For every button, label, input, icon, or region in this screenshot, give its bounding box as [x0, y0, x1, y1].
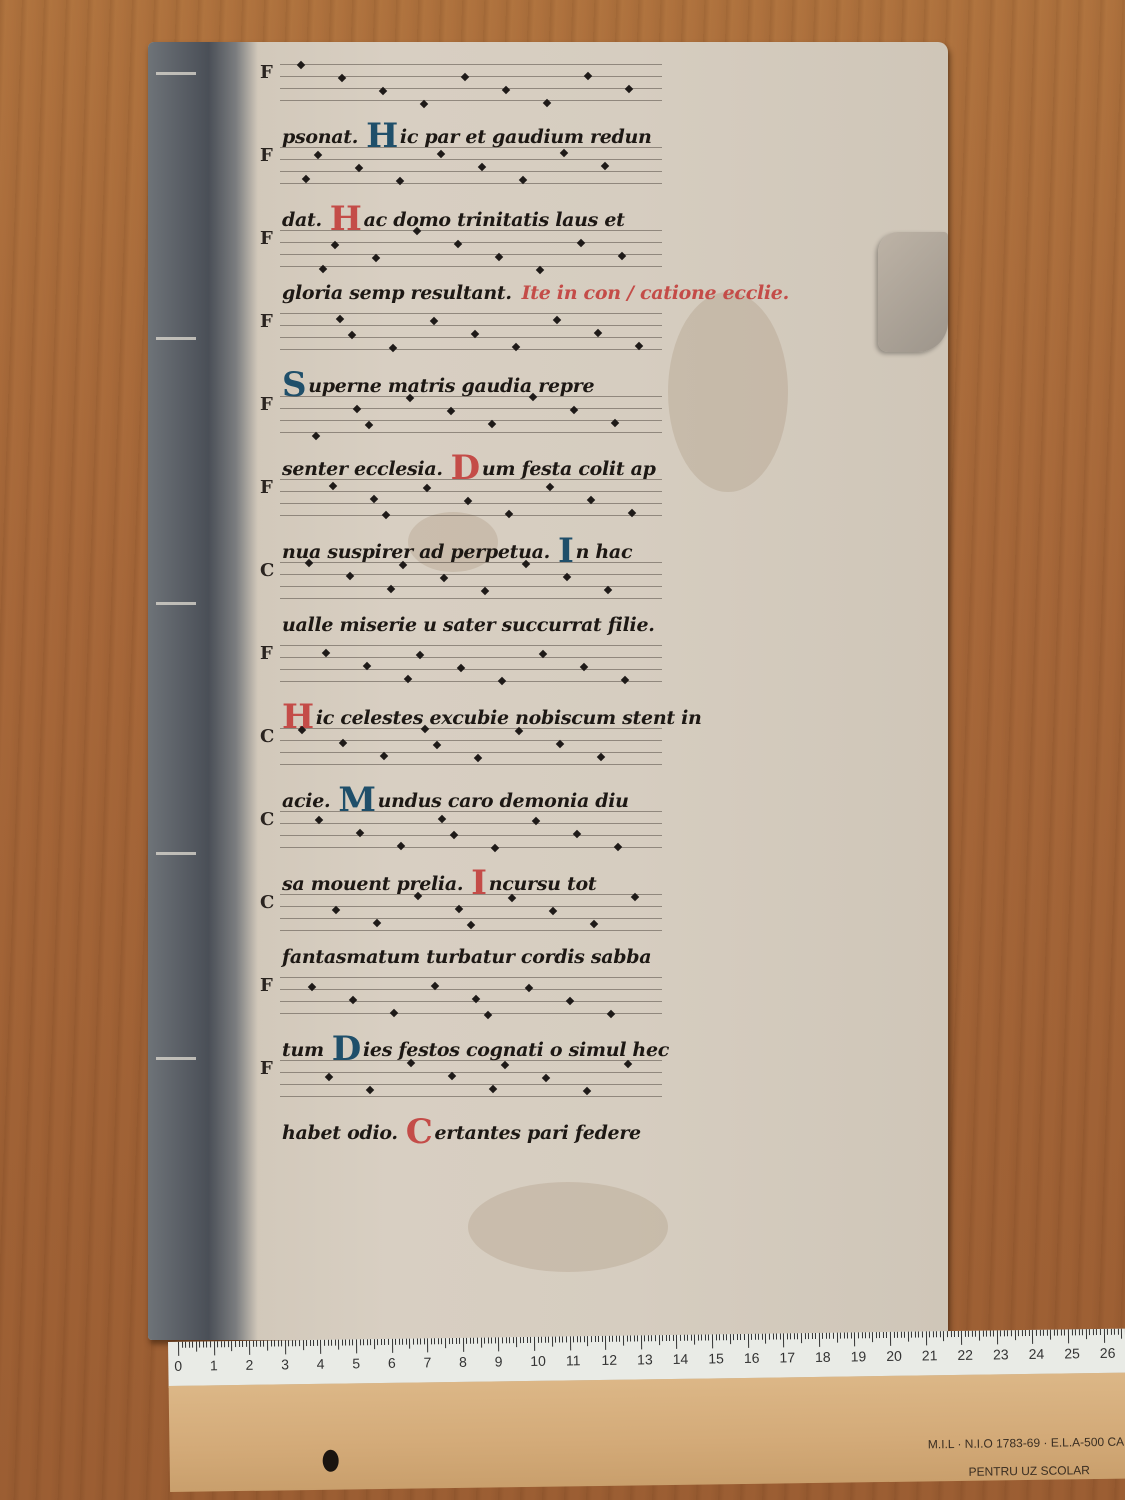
ruler-minor-tick [869, 1332, 870, 1338]
neume-note [420, 100, 428, 108]
ruler-minor-tick [235, 1341, 236, 1347]
ruler-minor-tick [409, 1339, 410, 1349]
ruler-minor-tick [203, 1341, 204, 1347]
ruler-label: 10 [530, 1353, 546, 1369]
ruler-minor-tick [751, 1334, 752, 1340]
ruler-minor-tick [833, 1333, 834, 1339]
ruler-minor-tick [217, 1341, 218, 1347]
ruler-minor-tick [762, 1334, 763, 1340]
torn-parchment-fold [878, 232, 948, 352]
ruler-minor-tick [317, 1340, 318, 1346]
ruler-minor-tick [801, 1333, 802, 1343]
neume-note [373, 919, 381, 927]
ruler-minor-tick [345, 1340, 346, 1346]
ruler-minor-tick [367, 1339, 368, 1345]
ruler-label: 22 [957, 1347, 973, 1363]
ruler-minor-tick [1118, 1329, 1119, 1335]
ruler-label: 23 [993, 1346, 1009, 1362]
ruler-minor-tick [185, 1342, 186, 1348]
ruler-minor-tick [922, 1331, 923, 1337]
ruler-minor-tick [918, 1332, 919, 1338]
staff-line [280, 823, 662, 824]
neume-note [438, 815, 446, 823]
ruler-minor-tick [730, 1334, 731, 1344]
ruler-minor-tick [566, 1336, 567, 1342]
ruler-minor-tick [1057, 1330, 1058, 1336]
neume-note [542, 1074, 550, 1082]
ruler-minor-tick [947, 1331, 948, 1337]
neume-note [448, 1072, 456, 1080]
staff-line [280, 835, 662, 836]
clef-mark: F [260, 975, 273, 996]
ruler-minor-tick [313, 1340, 314, 1346]
neume-note [594, 329, 602, 337]
ruler-minor-tick [844, 1333, 845, 1339]
ruler-minor-tick [662, 1335, 663, 1341]
ruler-minor-tick [470, 1338, 471, 1344]
staff-line [280, 752, 662, 753]
ruler-minor-tick [370, 1339, 371, 1345]
ruler-minor-tick [936, 1331, 937, 1337]
ruler-minor-tick [719, 1334, 720, 1340]
ruler-minor-tick [384, 1339, 385, 1345]
ruler-label: 13 [637, 1351, 653, 1367]
ruler-minor-tick [708, 1334, 709, 1340]
ruler-minor-tick [659, 1335, 660, 1345]
ruler-minor-tick [950, 1331, 951, 1337]
neume-note [366, 1086, 374, 1094]
ruler-label: 25 [1064, 1345, 1080, 1361]
ruler-minor-tick [990, 1331, 991, 1337]
clef-mark: F [260, 311, 273, 332]
ruler-minor-tick [256, 1341, 257, 1347]
ruler-minor-tick [1036, 1330, 1037, 1336]
ruler-tick [392, 1339, 393, 1353]
spine-band [156, 602, 196, 605]
staff-line [280, 349, 662, 350]
ruler-tick [712, 1334, 713, 1348]
ruler-label: 18 [815, 1349, 831, 1365]
ruler-minor-tick [395, 1339, 396, 1345]
neume-note [332, 906, 340, 914]
lyric-line: ualle miserie u sater succurrat filie. [282, 614, 655, 636]
spine-band [156, 72, 196, 75]
clef-mark: F [260, 477, 273, 498]
ruler-minor-tick [840, 1333, 841, 1339]
neume-note [601, 162, 609, 170]
neume-note [450, 831, 458, 839]
ruler-minor-tick [562, 1336, 563, 1342]
clef-mark: F [260, 643, 273, 664]
neume-note [625, 85, 633, 93]
ruler-minor-tick [406, 1339, 407, 1345]
neume-note [498, 677, 506, 685]
neume-note [433, 741, 441, 749]
ruler-minor-tick [263, 1341, 264, 1347]
staff-line [280, 159, 662, 160]
neume-note [488, 420, 496, 428]
ruler-minor-tick [295, 1340, 296, 1346]
neume-note [614, 843, 622, 851]
staff-line [280, 432, 662, 433]
ruler-minor-tick [701, 1335, 702, 1341]
decorated-initial: C [406, 1112, 433, 1152]
ruler-minor-tick [619, 1336, 620, 1342]
ruler-tick [748, 1334, 749, 1348]
ruler-minor-tick [740, 1334, 741, 1340]
ruler-tick [570, 1336, 571, 1350]
neume-note [312, 432, 320, 440]
neume-note [607, 1010, 615, 1018]
staff-line [280, 657, 662, 658]
ruler-minor-tick [715, 1334, 716, 1340]
neume-note [566, 997, 574, 1005]
ruler-minor-tick [602, 1336, 603, 1342]
ruler-minor-tick [837, 1333, 838, 1343]
ruler-minor-tick [1096, 1329, 1097, 1335]
ruler-minor-tick [360, 1339, 361, 1345]
ruler-minor-tick [509, 1337, 510, 1343]
ruler-stamp-label: PENTRU UZ SCOLAR [968, 1463, 1090, 1479]
staff-line [280, 918, 662, 919]
ruler-minor-tick [488, 1338, 489, 1344]
neume-note [621, 676, 629, 684]
ruler-minor-tick [1015, 1330, 1016, 1340]
ruler-label: 11 [566, 1352, 581, 1368]
ruler-minor-tick [260, 1341, 261, 1347]
ruler-minor-tick [1093, 1329, 1094, 1335]
ruler-minor-tick [612, 1336, 613, 1342]
ruler-tick [534, 1337, 535, 1351]
staff-line [280, 337, 662, 338]
ruler-minor-tick [210, 1341, 211, 1347]
ruler-minor-tick [481, 1338, 482, 1348]
neume-note [421, 725, 429, 733]
ruler-minor-tick [288, 1340, 289, 1346]
neume-note [365, 421, 373, 429]
ruler-tick [819, 1333, 820, 1347]
measuring-ruler: 0123456789101112131415161718192021222324… [168, 1328, 1125, 1492]
neume-note [390, 1009, 398, 1017]
ruler-minor-tick [324, 1340, 325, 1346]
ruler-minor-tick [1007, 1330, 1008, 1336]
staff-line [280, 811, 662, 812]
neume-note [314, 151, 322, 159]
staff-line [280, 669, 662, 670]
clef-mark: F [260, 394, 273, 415]
ruler-minor-tick [274, 1341, 275, 1347]
neume-note [597, 753, 605, 761]
ruler-minor-tick [473, 1338, 474, 1344]
ruler-minor-tick [416, 1339, 417, 1345]
ruler-minor-tick [886, 1332, 887, 1338]
ruler-minor-tick [669, 1335, 670, 1341]
ruler-minor-tick [459, 1338, 460, 1344]
ruler-stamp-code: M.I.L · N.I.O 1783-69 · E.L.A-500 CA ca [928, 1434, 1125, 1451]
ruler-minor-tick [772, 1334, 773, 1340]
ruler-minor-tick [1086, 1329, 1087, 1339]
ruler-minor-tick [573, 1336, 574, 1342]
ruler-tick [854, 1332, 855, 1346]
ruler-minor-tick [335, 1340, 336, 1346]
neume-note [353, 405, 361, 413]
clef-mark: C [260, 726, 274, 747]
ruler-minor-tick [577, 1336, 578, 1342]
ruler-minor-tick [538, 1337, 539, 1343]
ruler-minor-tick [804, 1333, 805, 1339]
neume-note [382, 511, 390, 519]
ruler-minor-tick [456, 1338, 457, 1344]
ruler-minor-tick [691, 1335, 692, 1341]
ruler-minor-tick [484, 1338, 485, 1344]
ruler-body: M.I.L · N.I.O 1783-69 · E.L.A-500 CA ca … [169, 1372, 1125, 1492]
ruler-tick [463, 1338, 464, 1352]
ruler-tick [961, 1331, 962, 1345]
neume-note [297, 61, 305, 69]
neume-note [370, 495, 378, 503]
neume-note [577, 239, 585, 247]
neume-note [529, 393, 537, 401]
ruler-minor-tick [545, 1337, 546, 1343]
ruler-minor-tick [648, 1335, 649, 1341]
ruler-minor-tick [338, 1340, 339, 1350]
ruler-label: 8 [459, 1354, 467, 1370]
ruler-minor-tick [876, 1332, 877, 1338]
ruler-minor-tick [865, 1332, 866, 1338]
ruler-tick [249, 1341, 250, 1355]
ruler-minor-tick [374, 1339, 375, 1349]
ruler-minor-tick [192, 1342, 193, 1348]
ruler-minor-tick [904, 1332, 905, 1338]
ruler-minor-tick [580, 1336, 581, 1342]
ruler-minor-tick [303, 1340, 304, 1350]
ruler-label: 6 [388, 1355, 396, 1371]
ruler-minor-tick [591, 1336, 592, 1342]
rubric-text: Ite in con / catione ecclie. [522, 282, 789, 304]
ruler-minor-tick [527, 1337, 528, 1343]
ruler-minor-tick [246, 1341, 247, 1347]
lyric-line: habet odio.Certantes pari federe [282, 1112, 641, 1152]
neume-note [489, 1085, 497, 1093]
ruler-tick [1104, 1329, 1105, 1343]
ruler-minor-tick [281, 1340, 282, 1346]
staff-line [280, 1084, 662, 1085]
ruler-minor-tick [826, 1333, 827, 1339]
ruler-minor-tick [1022, 1330, 1023, 1336]
ruler-minor-tick [893, 1332, 894, 1338]
neume-note [604, 586, 612, 594]
ruler-minor-tick [975, 1331, 976, 1337]
neume-note [437, 150, 445, 158]
ruler-minor-tick [299, 1340, 300, 1346]
ruler-minor-tick [1054, 1330, 1055, 1336]
ruler-minor-tick [872, 1332, 873, 1342]
ruler-minor-tick [883, 1332, 884, 1338]
ruler-label: 20 [886, 1348, 902, 1364]
spine-band [156, 337, 196, 340]
neume-note [389, 344, 397, 352]
ruler-minor-tick [879, 1332, 880, 1338]
staff-line [280, 586, 662, 587]
clef-mark: C [260, 560, 274, 581]
ruler-minor-tick [829, 1333, 830, 1339]
clef-mark: F [260, 1058, 273, 1079]
ruler-minor-tick [349, 1339, 350, 1345]
lyric-text: gloria semp resultant. [282, 282, 512, 304]
ruler-minor-tick [1025, 1330, 1026, 1336]
clef-mark: C [260, 892, 274, 913]
ruler-minor-tick [1029, 1330, 1030, 1336]
clef-mark: F [260, 62, 273, 83]
ruler-label: 9 [495, 1353, 503, 1369]
ruler-minor-tick [342, 1340, 343, 1346]
ruler-tick [285, 1340, 286, 1354]
ruler-minor-tick [651, 1335, 652, 1341]
staff-line [280, 930, 662, 931]
ruler-tick [1032, 1330, 1033, 1344]
ruler-minor-tick [559, 1337, 560, 1343]
ruler-label: 5 [352, 1355, 360, 1371]
staff-line [280, 847, 662, 848]
ruler-minor-tick [958, 1331, 959, 1337]
ruler-minor-tick [594, 1336, 595, 1342]
ruler-label: 24 [1029, 1346, 1045, 1362]
ruler-minor-tick [466, 1338, 467, 1344]
ruler-minor-tick [705, 1334, 706, 1340]
neume-note [525, 984, 533, 992]
ruler-minor-tick [1111, 1329, 1112, 1335]
ruler-label: 14 [673, 1351, 689, 1367]
ruler-label: 12 [601, 1352, 617, 1368]
neume-note [457, 664, 465, 672]
neume-note [336, 315, 344, 323]
ruler-minor-tick [541, 1337, 542, 1343]
ruler-minor-tick [1082, 1329, 1083, 1335]
ruler-minor-tick [687, 1335, 688, 1341]
ruler-tick [1068, 1329, 1069, 1343]
ruler-minor-tick [744, 1334, 745, 1340]
staff-line [280, 491, 662, 492]
ruler-tick [890, 1332, 891, 1346]
staff-line [280, 64, 662, 65]
ruler-minor-tick [1064, 1329, 1065, 1335]
staff-line [280, 1060, 662, 1061]
staff-line [280, 728, 662, 729]
ruler-minor-tick [516, 1337, 517, 1347]
staff-line [280, 598, 662, 599]
neume-note [505, 510, 513, 518]
neume-note [478, 163, 486, 171]
ruler-minor-tick [726, 1334, 727, 1340]
ruler-minor-tick [431, 1338, 432, 1344]
water-stain [668, 292, 788, 492]
ruler-minor-tick [812, 1333, 813, 1339]
ruler-hole [323, 1450, 339, 1472]
ruler-minor-tick [331, 1340, 332, 1346]
ruler-minor-tick [1079, 1329, 1080, 1335]
staff-line [280, 645, 662, 646]
ruler-minor-tick [196, 1342, 197, 1352]
ruler-minor-tick [758, 1334, 759, 1340]
ruler-minor-tick [402, 1339, 403, 1345]
ruler-label: 16 [744, 1350, 760, 1366]
neume-note [467, 921, 475, 929]
ruler-minor-tick [267, 1341, 268, 1351]
ruler-minor-tick [452, 1338, 453, 1344]
ruler-minor-tick [1100, 1329, 1101, 1335]
ruler-minor-tick [352, 1339, 353, 1345]
ruler-minor-tick [737, 1334, 738, 1340]
ruler-minor-tick [790, 1333, 791, 1339]
clef-mark: F [260, 228, 273, 249]
manuscript-book: Fpsonat.Hic par et gaudium redunFdat.Hac… [148, 42, 948, 1340]
staff-line [280, 1072, 662, 1073]
ruler-minor-tick [239, 1341, 240, 1347]
ruler-minor-tick [189, 1342, 190, 1348]
ruler-minor-tick [413, 1339, 414, 1345]
ruler-minor-tick [1114, 1329, 1115, 1335]
ruler-label: 17 [779, 1349, 795, 1365]
neume-note [624, 1060, 632, 1068]
ruler-minor-tick [199, 1342, 200, 1348]
ruler-minor-tick [584, 1336, 585, 1342]
staff-line [280, 894, 662, 895]
neume-note [583, 1087, 591, 1095]
ruler-minor-tick [1004, 1330, 1005, 1336]
ruler-minor-tick [822, 1333, 823, 1339]
ruler-minor-tick [377, 1339, 378, 1345]
ruler-minor-tick [513, 1337, 514, 1343]
ruler-minor-tick [972, 1331, 973, 1337]
spine-band [156, 1057, 196, 1060]
ruler-minor-tick [1047, 1330, 1048, 1336]
neume-note [430, 317, 438, 325]
ruler-minor-tick [787, 1333, 788, 1339]
ruler-minor-tick [637, 1335, 638, 1341]
ruler-minor-tick [897, 1332, 898, 1338]
ruler-minor-tick [623, 1336, 624, 1346]
ruler-minor-tick [982, 1331, 983, 1337]
ruler-label: 2 [245, 1357, 253, 1373]
staff-line [280, 100, 662, 101]
music-system: Fhabet odio.Certantes pari federe [258, 1056, 668, 1156]
ruler-minor-tick [441, 1338, 442, 1344]
ruler-minor-tick [438, 1338, 439, 1344]
staff-line [280, 764, 662, 765]
ruler-tick [356, 1339, 357, 1353]
neume-note [329, 482, 337, 490]
lyric-text: ertantes pari federe [435, 1122, 641, 1144]
staff-line [280, 1096, 662, 1097]
ruler-minor-tick [271, 1341, 272, 1347]
ruler-minor-tick [780, 1333, 781, 1339]
ruler-minor-tick [310, 1340, 311, 1346]
ruler-minor-tick [399, 1339, 400, 1345]
staff-line [280, 325, 662, 326]
ruler-minor-tick [861, 1332, 862, 1338]
ruler-minor-tick [954, 1331, 955, 1337]
neume-note [536, 266, 544, 274]
staff-line [280, 230, 662, 231]
ruler-minor-tick [634, 1335, 635, 1341]
ruler-minor-tick [555, 1337, 556, 1343]
staff-line [280, 420, 662, 421]
ruler-minor-tick [733, 1334, 734, 1340]
neume-note [556, 740, 564, 748]
ruler-minor-tick [908, 1332, 909, 1342]
staff-line [280, 147, 662, 148]
ruler-label: 7 [423, 1354, 431, 1370]
